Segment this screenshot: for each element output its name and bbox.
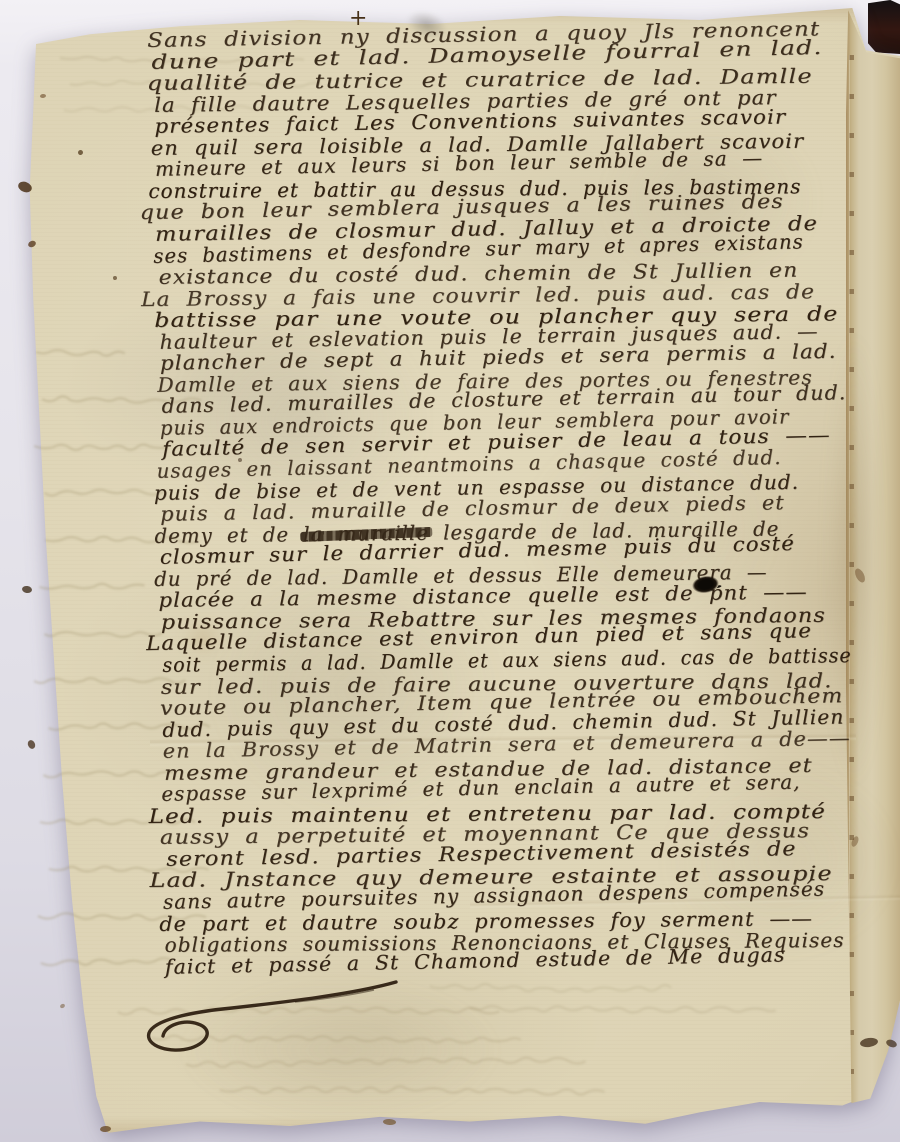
manuscript-photograph: + Sans division ny discussion a quoy Jls… xyxy=(0,0,900,1142)
signature-flourish xyxy=(0,0,900,1142)
